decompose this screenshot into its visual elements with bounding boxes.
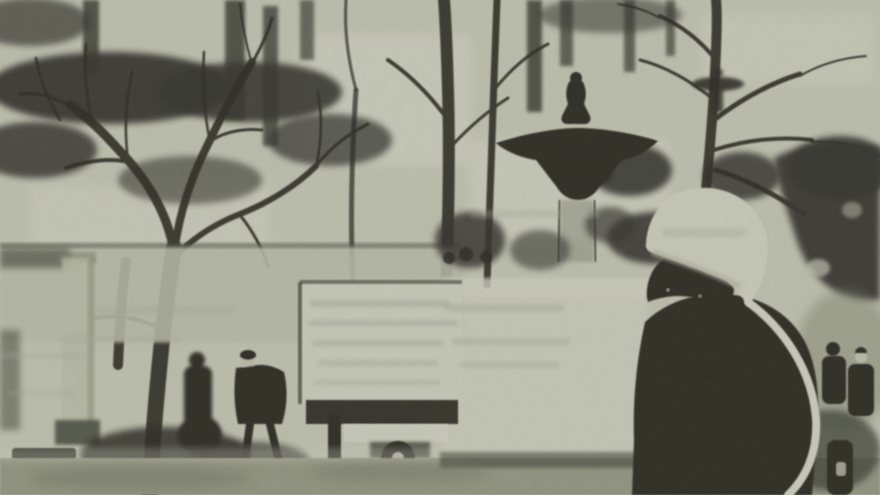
- film-grain-light: [0, 0, 880, 495]
- newspaper-photo: [0, 0, 880, 495]
- photo-scene: [0, 0, 880, 495]
